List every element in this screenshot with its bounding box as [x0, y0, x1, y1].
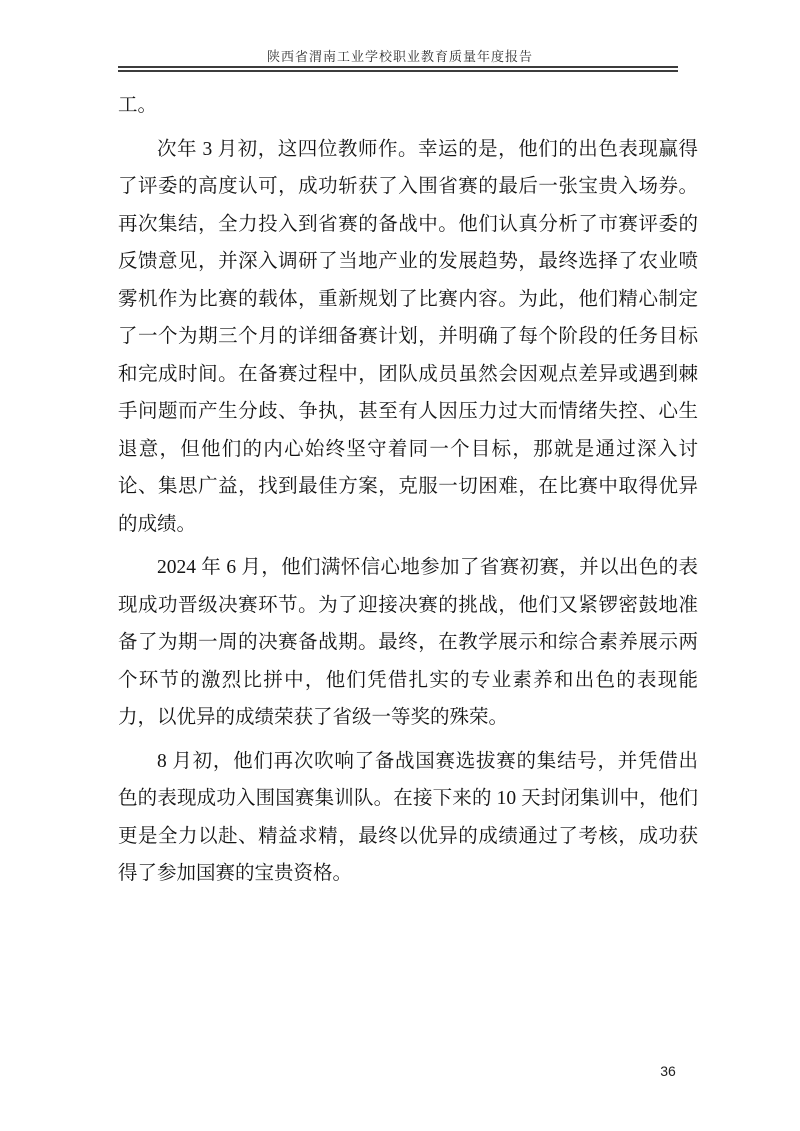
paragraph-province-final: 2024 年 6 月，他们满怀信心地参加了省赛初赛，并以出色的表现成功晋级决赛环…	[118, 549, 698, 737]
paragraph-continuation: 工。	[118, 87, 698, 125]
header-divider-rule	[118, 66, 678, 72]
document-page: 陕西省渭南工业学校职业教育质量年度报告 工。 次年 3 月初，这四位教师作。幸运…	[0, 0, 800, 1131]
page-number: 36	[638, 1063, 698, 1079]
paragraph-national-selection: 8 月初，他们再次吹响了备战国赛选拔赛的集结号，并凭借出色的表现成功入围国赛集训…	[118, 743, 698, 893]
paragraph-city-to-province: 次年 3 月初，这四位教师作。幸运的是，他们的出色表现赢得了评委的高度认可，成功…	[118, 131, 698, 544]
header-title: 陕西省渭南工业学校职业教育质量年度报告	[0, 46, 800, 65]
document-body: 工。 次年 3 月初，这四位教师作。幸运的是，他们的出色表现赢得了评委的高度认可…	[118, 87, 698, 893]
